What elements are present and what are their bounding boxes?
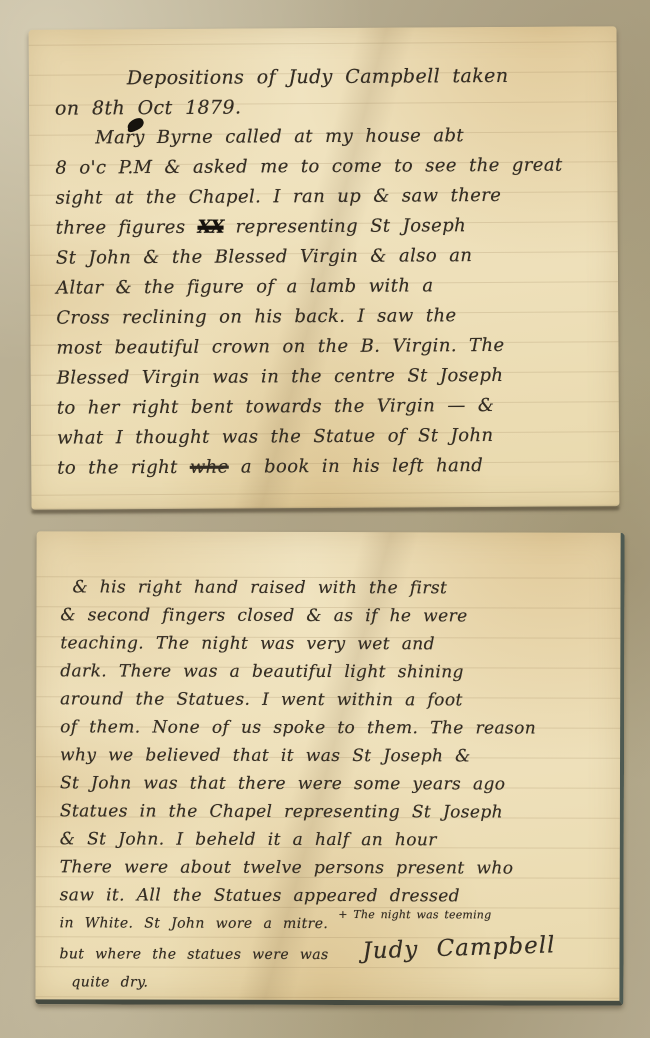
manuscript-line: three figures XX representing St Joseph: [56, 210, 610, 243]
manuscript-line: Mary Byrne called at my house abt: [55, 120, 609, 153]
inserted-note: + The night was teeming: [338, 909, 491, 920]
manuscript-line: of them. None of us spoke to them. The r…: [60, 713, 614, 742]
manuscript-line: to her right bent towards the Virgin — &: [57, 390, 611, 423]
line-segment: but where the statues were was: [59, 946, 328, 963]
line-segment: in White. St John wore a mitre.: [60, 915, 329, 932]
manuscript-line: teaching. The night was very wet and: [60, 629, 614, 658]
manuscript-line: quite dry.: [59, 968, 613, 997]
manuscript-line: & St John. I beheld it a half an hour: [60, 825, 614, 854]
manuscript-line: Statues in the Chapel representing St Jo…: [60, 797, 614, 826]
manuscript-line: St John was that there were some years a…: [60, 769, 614, 798]
manuscript-line: dark. There was a beautiful light shinin…: [60, 657, 614, 686]
photographed-manuscript: Depositions of Judy Campbell taken on 8t…: [0, 0, 650, 1038]
manuscript-line: sight at the Chapel. I ran up & saw ther…: [55, 180, 609, 213]
manuscript-line: why we believed that it was St Joseph &: [60, 741, 614, 770]
manuscript-line: most beautiful crown on the B. Virgin. T…: [56, 330, 610, 363]
line-segment: representing St Joseph: [223, 215, 466, 237]
heading-line: on 8th Oct 1879.: [55, 90, 609, 123]
manuscript-line: to the right whe a book in his left hand: [57, 450, 611, 483]
line-segment: a book in his left hand: [229, 455, 484, 478]
manuscript-line: around the Statues. I went within a foot: [60, 685, 614, 714]
struck-word: XX: [197, 217, 223, 238]
manuscript-line: St John & the Blessed Virgin & also an: [56, 240, 610, 273]
heading-line: Depositions of Judy Campbell taken: [55, 60, 609, 93]
manuscript-line: & his right hand raised with the first: [60, 573, 614, 602]
manuscript-line: 8 o'c P.M & asked me to come to see the …: [55, 150, 609, 183]
witness-signature: Judy Campbell: [362, 931, 556, 965]
manuscript-line: but where the statues were wasJudy Campb…: [59, 937, 613, 969]
line-segment: three figures: [56, 217, 198, 239]
manuscript-line: & second fingers closed & as if he were: [60, 601, 614, 630]
line-segment: to the right: [57, 457, 190, 479]
page-2: & his right hand raised with the first &…: [35, 531, 624, 1006]
page-2-text: & his right hand raised with the first &…: [59, 573, 614, 997]
manuscript-line: saw it. All the Statues appeared dressed: [60, 881, 614, 910]
page-1-text: Depositions of Judy Campbell taken on 8t…: [55, 60, 612, 483]
manuscript-line: what I thought was the Statue of St John: [57, 420, 611, 453]
manuscript-line: Blessed Virgin was in the centre St Jose…: [57, 360, 611, 393]
manuscript-line: There were about twelve persons present …: [60, 853, 614, 882]
manuscript-line: Cross reclining on his back. I saw the: [56, 300, 610, 333]
manuscript-line: Altar & the figure of a lamb with a: [56, 270, 610, 303]
struck-word: whe: [190, 457, 229, 478]
page-1: Depositions of Judy Campbell taken on 8t…: [29, 26, 620, 510]
